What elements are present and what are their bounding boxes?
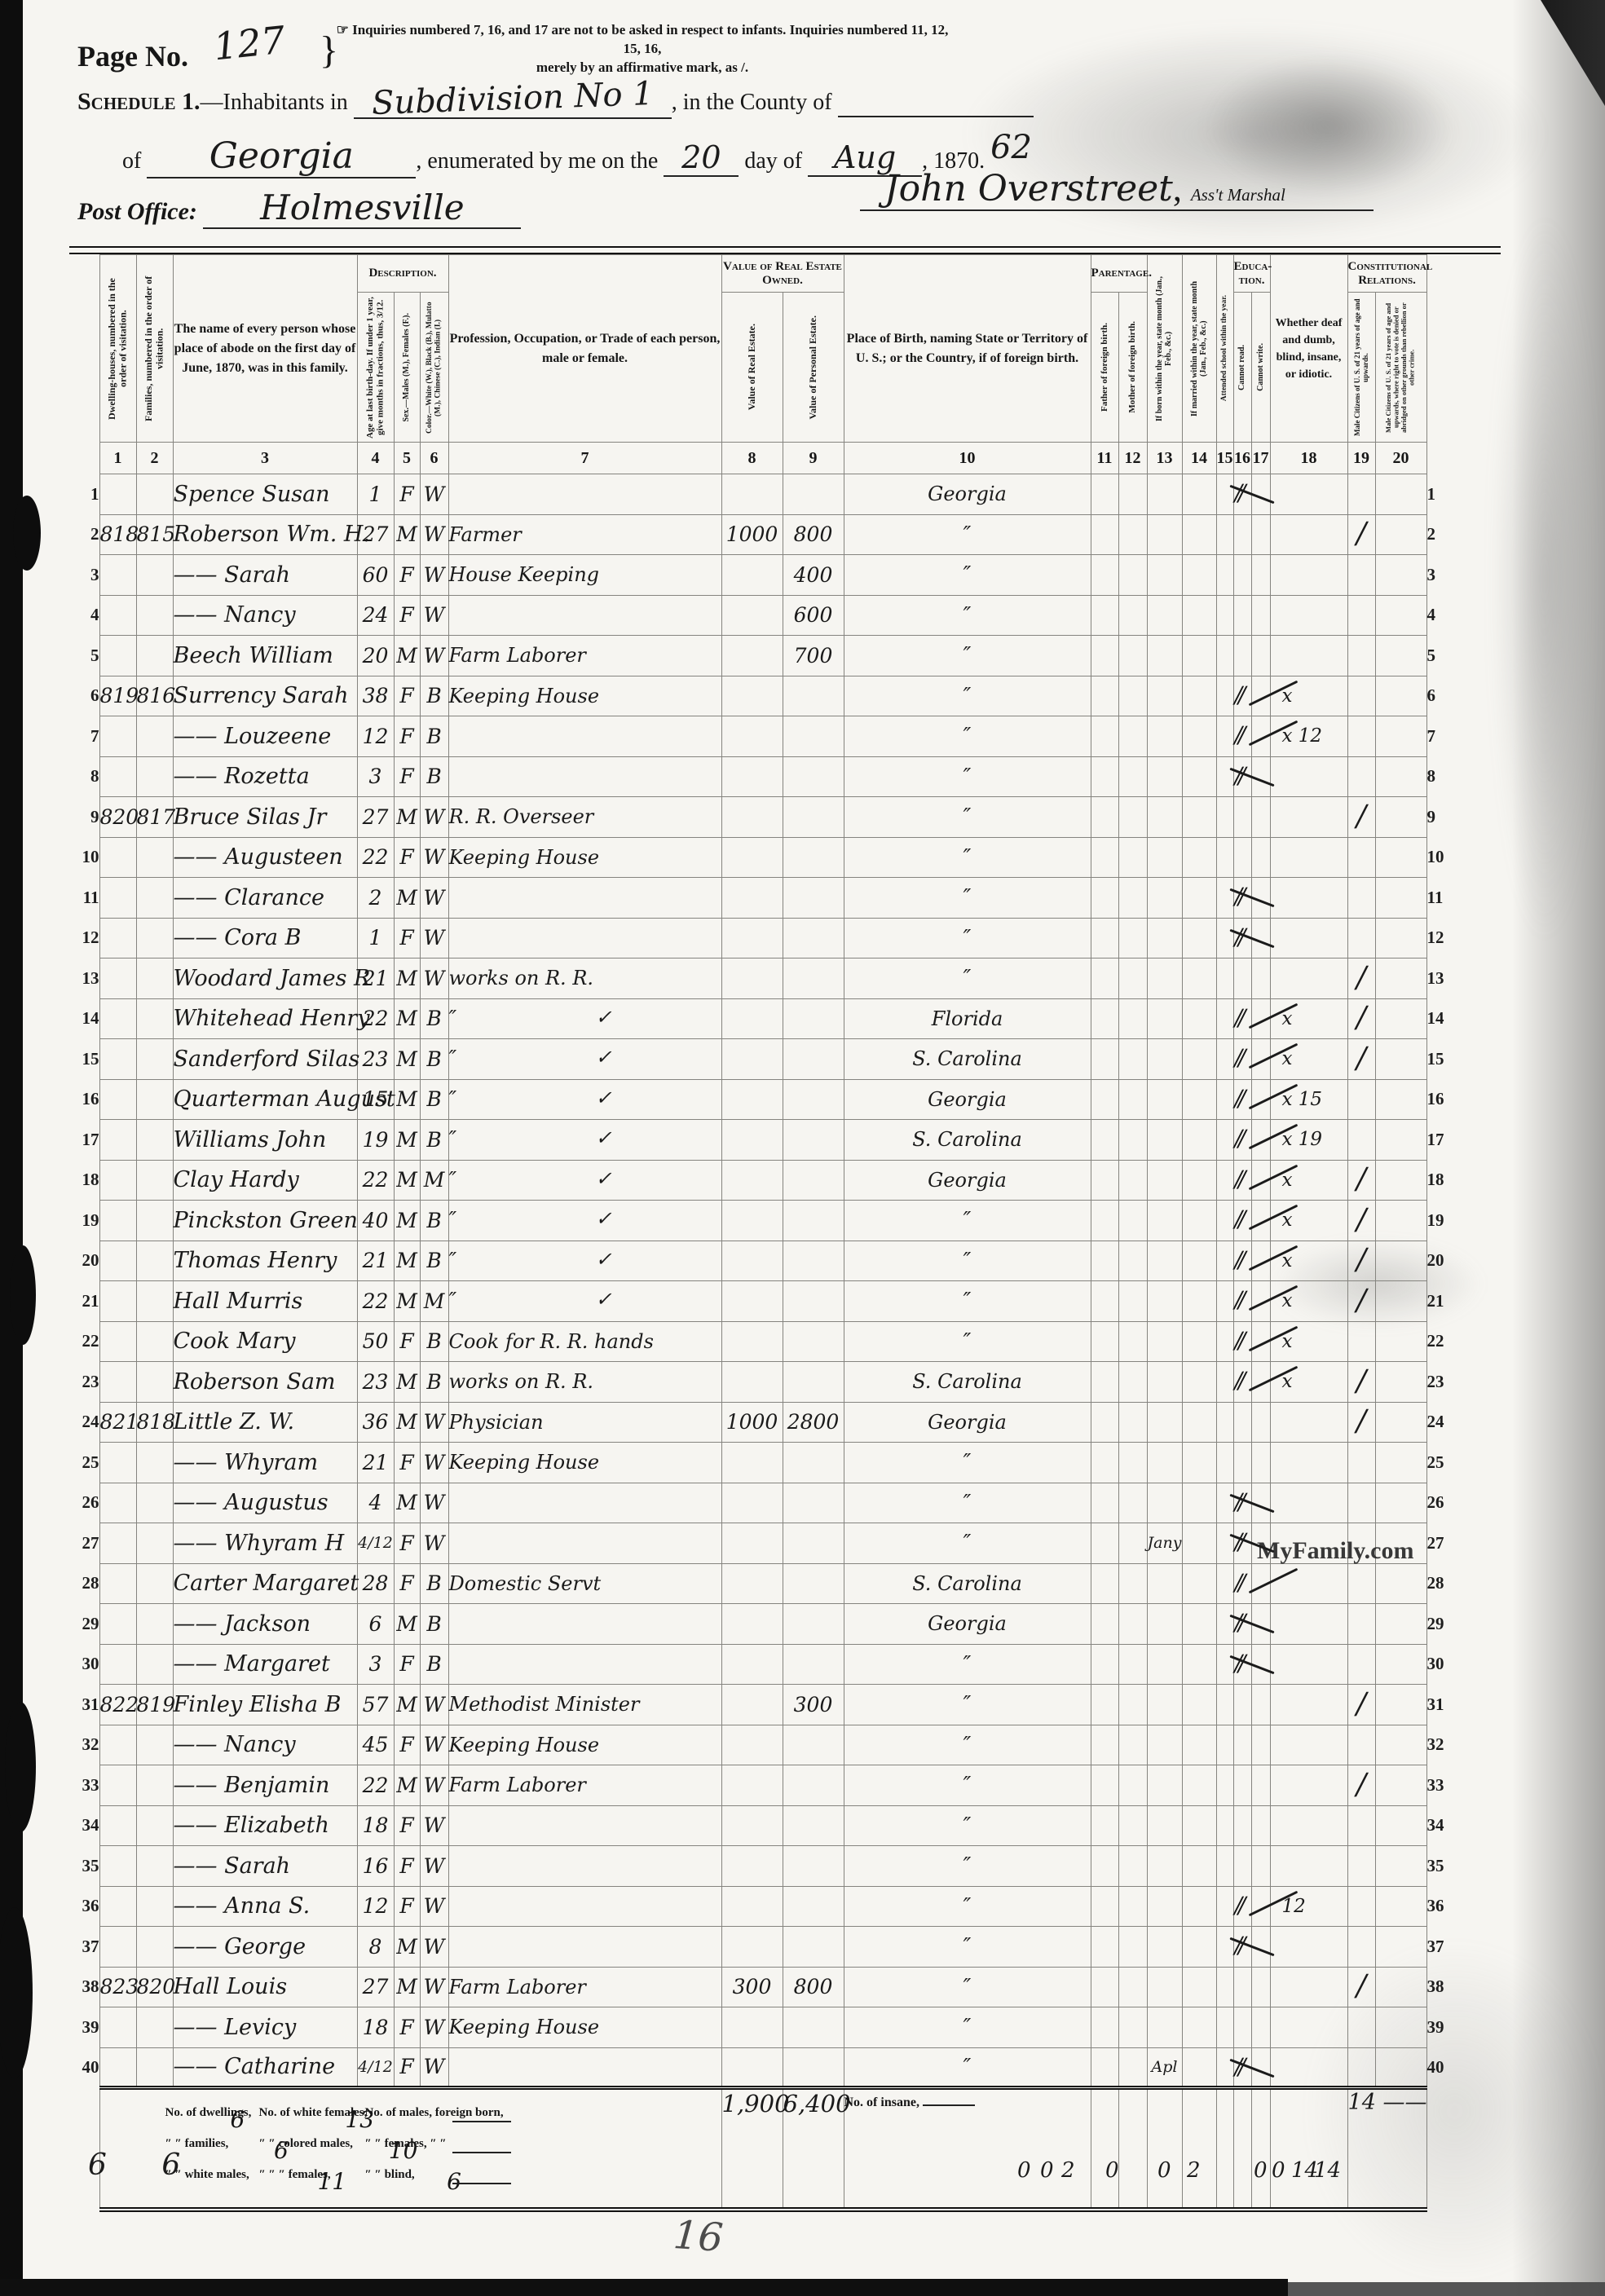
personal-estate-value-cell [783, 1765, 844, 1806]
footer-insane-cell: No. of insane, [844, 2088, 1091, 2210]
col-header-text-2: Families, numbered in the order of visit… [143, 275, 165, 422]
vote-denied-cell [1375, 514, 1426, 555]
occupation-text: Keeping House [449, 1734, 600, 1756]
row-number-right: 32 [1426, 1725, 1492, 1765]
decorative: W [424, 603, 445, 627]
male-citizen-cell [1347, 474, 1375, 515]
row-number-right: 15 [1426, 1039, 1492, 1080]
row-number-left: 29 [73, 1604, 99, 1645]
table-row: 30—— Margaret3FB″∕∕30 [73, 1644, 1492, 1685]
personal-estate-value-cell: 400 [783, 555, 844, 596]
married-month-cell [1182, 1967, 1216, 2007]
column-number-15: 15 [1216, 443, 1233, 474]
born-month-cell [1147, 636, 1182, 676]
row-number-right: 1 [1426, 474, 1492, 515]
decorative: W [424, 1894, 445, 1918]
male-citizen-cell: ∕ [1347, 1039, 1375, 1080]
table-row: 35—— Sarah16FW″35 [73, 1846, 1492, 1887]
table-row: 39—— Levicy18FWKeeping House″39 [73, 2007, 1492, 2048]
footer-label: ″ ″ blind, [365, 2168, 415, 2182]
father-foreign-cell [1091, 1241, 1118, 1281]
male-citizen-cell [1347, 878, 1375, 919]
male-citizen-cell: ∕ [1347, 1160, 1375, 1201]
age-cell: 22 [357, 837, 394, 878]
footer-label: ″ ″ ″ females, [259, 2168, 331, 2182]
decorative: F [399, 2016, 413, 2039]
male-citizen-cell: ∕ [1347, 797, 1375, 838]
color-cell: W [420, 878, 448, 919]
father-foreign-cell [1091, 514, 1118, 555]
header-row-groups: Dwelling-houses, numbered in the order o… [73, 255, 1492, 293]
column-number-10: 10 [844, 443, 1091, 474]
decorative: W [424, 1935, 445, 1959]
color-cell: W [420, 1805, 448, 1846]
table-row: 20Thomas Henry21MB″✓″∕∕x∕20 [73, 1241, 1492, 1281]
attended-school-cell [1216, 595, 1233, 636]
color-cell: W [420, 1685, 448, 1725]
col-header-4: Age at last birth-day. If under 1 year, … [357, 293, 394, 443]
mother-foreign-cell [1118, 514, 1147, 555]
cannot-read-cell: ∕∕ [1233, 1483, 1251, 1523]
age-cell: 20 [357, 636, 394, 676]
male-citizen-cell [1347, 636, 1375, 676]
cannot-read-cell: ∕∕ [1233, 716, 1251, 757]
person-name-cell: Little Z. W. [173, 1402, 357, 1443]
age-cell: 27 [357, 797, 394, 838]
col-header-10: Place of Birth, naming State or Territor… [844, 255, 1091, 443]
vote-denied-cell [1375, 1725, 1426, 1765]
personal-estate-value-cell [783, 1846, 844, 1887]
occupation-cell [448, 756, 721, 797]
decorative: M [396, 1491, 417, 1514]
attended-school-cell [1216, 1483, 1233, 1523]
person-name: Beech William [174, 643, 333, 668]
color-cell: B [420, 1079, 448, 1120]
real-estate-value-cell [721, 1725, 783, 1765]
color-cell: B [420, 1362, 448, 1403]
married-month-cell [1182, 998, 1216, 1039]
father-foreign-cell [1091, 1685, 1118, 1725]
row-number-right: 24 [1426, 1402, 1492, 1443]
decorative: S. Carolina [912, 1572, 1022, 1595]
col-header-text-16: Cannot read. [1237, 345, 1246, 390]
column-number-8: 8 [721, 443, 783, 474]
age-cell: 23 [357, 1039, 394, 1080]
decorative: ″ [963, 926, 972, 950]
column-number-11: 11 [1091, 443, 1118, 474]
attended-school-cell [1216, 1523, 1233, 1564]
birthplace-cell: ″ [844, 1241, 1091, 1281]
cannot-write-cell [1251, 1402, 1270, 1443]
male-citizen-cell [1347, 1321, 1375, 1362]
color-cell: W [420, 2007, 448, 2048]
vote-denied-cell [1375, 1805, 1426, 1846]
color-cell: W [420, 636, 448, 676]
row-number-left: 3 [73, 555, 99, 596]
married-month-cell [1182, 2047, 1216, 2088]
row-number-right: 18 [1426, 1160, 1492, 1201]
color-cell: W [420, 1443, 448, 1483]
decorative: 8 [369, 1935, 382, 1959]
cannot-read-cell [1233, 1402, 1251, 1443]
dwelling-number-cell [99, 474, 136, 515]
personal-estate-value-cell [783, 1563, 844, 1604]
male-citizen-cell [1347, 837, 1375, 878]
decorative: 38 [363, 684, 389, 707]
person-name: —— Anna S. [174, 1893, 311, 1919]
born-month-cell: Jany [1147, 1523, 1182, 1564]
row-number-left: 32 [73, 1725, 99, 1765]
person-name-cell: —— Jackson [173, 1604, 357, 1645]
decorative: F [399, 765, 413, 788]
real-estate-value-cell [721, 595, 783, 636]
deaf-dumb-cell [1270, 1483, 1347, 1523]
table-top-rule [69, 246, 1501, 254]
color-cell: W [420, 1846, 448, 1887]
sex-cell: M [394, 1685, 420, 1725]
decorative: M [396, 1007, 417, 1030]
cannot-read-cell [1233, 1765, 1251, 1806]
person-name-cell: —— Margaret [173, 1644, 357, 1685]
col-header-12: Mother of foreign birth. [1118, 293, 1147, 443]
age-cell: 8 [357, 1927, 394, 1968]
cannot-write-cell [1251, 636, 1270, 676]
decorative: M [396, 1975, 417, 1999]
occupation-cell: R. R. Overseer [448, 797, 721, 838]
cannot-write-cell [1251, 1846, 1270, 1887]
col-header-text-8: Value of Real Estate. [747, 324, 757, 410]
vote-denied-cell [1375, 1927, 1426, 1968]
signature-title: Ass't Marshal [1191, 185, 1285, 205]
vote-denied-cell [1375, 1241, 1426, 1281]
decorative: 23 [363, 1047, 389, 1071]
father-foreign-cell [1091, 1927, 1118, 1968]
born-month-cell [1147, 1805, 1182, 1846]
occupation-cell: ″✓ [448, 1241, 721, 1281]
occupation-cell: works on R. R. [448, 1362, 721, 1403]
cannot-read-cell: ∕∕ [1233, 1160, 1251, 1201]
mother-foreign-cell [1118, 1321, 1147, 1362]
decorative: 1 [369, 926, 382, 950]
born-month-cell: Apl [1147, 2047, 1182, 2088]
cannot-write-cell [1251, 595, 1270, 636]
born-month-cell [1147, 1120, 1182, 1161]
person-name-cell: Thomas Henry [173, 1241, 357, 1281]
occupation-cell [448, 918, 721, 959]
watermark: MyFamily.com [1257, 1537, 1413, 1565]
male-citizen-cell: ∕ [1347, 1967, 1375, 2007]
dwelling-number-cell [99, 595, 136, 636]
born-month-cell [1147, 1039, 1182, 1080]
family-number-cell [136, 1604, 173, 1645]
sex-cell: M [394, 1079, 420, 1120]
deaf-dumb-cell [1270, 878, 1347, 919]
personal-estate-value-cell [783, 959, 844, 999]
family-number-cell [136, 1039, 173, 1080]
deaf-dumb-cell [1270, 514, 1347, 555]
decorative: 4/12 [358, 1534, 393, 1552]
mother-foreign-cell [1118, 1483, 1147, 1523]
table-row: 14Whitehead Henry22MB″✓Florida∕∕x∕14 [73, 998, 1492, 1039]
table-row: 31822819Finley Elisha B57MWMethodist Min… [73, 1685, 1492, 1725]
person-name: Sanderford Silas [174, 1047, 360, 1072]
sex-cell: F [394, 1725, 420, 1765]
decorative: Georgia [928, 1612, 1007, 1635]
attended-school-cell [1216, 716, 1233, 757]
row-number-left: 20 [73, 1241, 99, 1281]
male-citizen-cell: ∕ [1347, 1201, 1375, 1241]
footer-blank [452, 2168, 511, 2188]
occupation-text: ″ [449, 1208, 457, 1232]
birthplace-cell: ″ [844, 878, 1091, 919]
father-foreign-cell [1091, 1321, 1118, 1362]
father-foreign-cell [1091, 1846, 1118, 1887]
birthplace-cell: ″ [844, 1685, 1091, 1725]
table-row: 5Beech William20MWFarm Laborer700″5 [73, 636, 1492, 676]
father-foreign-cell [1091, 878, 1118, 919]
row-number-right: 35 [1426, 1846, 1492, 1887]
table-row: 9820817Bruce Silas Jr27MWR. R. Overseer″… [73, 797, 1492, 838]
county-label: , in the County of [672, 90, 832, 115]
decorative: W [424, 644, 445, 668]
color-cell: W [420, 1725, 448, 1765]
occupation-check-mark: ✓ [596, 1086, 612, 1109]
color-cell: B [420, 1604, 448, 1645]
person-name: Hall Murris [174, 1289, 303, 1314]
decorative: 3 [369, 1652, 382, 1676]
col-header-text-13: If born within the year, state month (Ja… [1155, 275, 1173, 422]
binding-blob [5, 1702, 36, 1832]
family-number-cell [136, 1079, 173, 1120]
person-name-cell: Clay Hardy [173, 1160, 357, 1201]
occupation-cell: Farm Laborer [448, 1765, 721, 1806]
footer-column-total: 0 [1254, 2158, 1268, 2183]
person-name: Hall Louis [174, 1974, 288, 1999]
birthplace-cell: Florida [844, 998, 1091, 1039]
decorative: W [424, 563, 445, 587]
family-number-cell [136, 1523, 173, 1564]
col-header-text-14: If married within the year, state month … [1190, 275, 1208, 422]
cannot-read-cell: ∕∕ [1233, 676, 1251, 716]
read-write-mark: ∕∕ [1235, 1246, 1242, 1273]
personal-estate-value-cell [783, 1483, 844, 1523]
mother-foreign-cell [1118, 1725, 1147, 1765]
occupation-cell: ″✓ [448, 1039, 721, 1080]
decorative: M [396, 1289, 417, 1313]
cannot-read-cell: ∕∕ [1233, 1927, 1251, 1968]
dwelling-number-cell: 822 [99, 1685, 136, 1725]
person-name: —— Louzeene [174, 724, 332, 749]
group-header-constitutional: Constitutional Relations. [1347, 255, 1426, 293]
occupation-text: ″ [449, 1289, 457, 1313]
personal-estate-value-cell [783, 1362, 844, 1403]
row-number-right: 14 [1426, 998, 1492, 1039]
col-header-8: Value of Real Estate. [721, 293, 783, 443]
footer-real-estate-total: 1,900 [721, 2088, 783, 2210]
decorative: ∕ [1356, 1162, 1366, 1196]
sex-cell: M [394, 1927, 420, 1968]
mother-foreign-cell [1118, 1846, 1147, 1887]
occupation-text: Farm Laborer [449, 1976, 586, 1999]
read-write-mark: ∕∕ [1235, 1286, 1242, 1313]
deaf-dumb-cell [1270, 756, 1347, 797]
real-estate-value-cell [721, 756, 783, 797]
family-number-cell [136, 1483, 173, 1523]
occupation-text: Farmer [449, 523, 522, 546]
color-cell: W [420, 959, 448, 999]
decorative: 22 [363, 1774, 389, 1797]
person-name-cell: Carter Margaret [173, 1563, 357, 1604]
age-cell: 3 [357, 1644, 394, 1685]
decorative: W [424, 1410, 445, 1434]
family-number-cell [136, 1201, 173, 1241]
decorative: 18 [363, 2016, 389, 2039]
male-citizen-cell: ∕ [1347, 959, 1375, 999]
attended-school-cell [1216, 1281, 1233, 1322]
row-number-left: 37 [73, 1927, 99, 1968]
real-estate-value-cell: 1000 [721, 514, 783, 555]
decorative: Georgia [928, 483, 1007, 505]
person-name: —— Cora B [174, 925, 302, 950]
read-write-mark: ∕∕ [1235, 1569, 1242, 1596]
personal-estate-value-cell [783, 1805, 844, 1846]
person-name: Carter Margaret [174, 1571, 359, 1596]
father-foreign-cell [1091, 1079, 1118, 1120]
read-write-mark: ∕∕ [1235, 883, 1242, 910]
row-number-right: 34 [1426, 1805, 1492, 1846]
occupation-cell [448, 1886, 721, 1927]
dwelling-number-cell [99, 1563, 136, 1604]
male-citizen-cell [1347, 1927, 1375, 1968]
pencil-note: 16 [672, 2212, 725, 2261]
birthplace-cell: ″ [844, 555, 1091, 596]
decorative: W [424, 886, 445, 910]
decorative: ∕ [1356, 1042, 1366, 1075]
family-number-cell [136, 1281, 173, 1322]
cannot-read-cell [1233, 959, 1251, 999]
occupation-cell: Domestic Servt [448, 1563, 721, 1604]
cannot-write-cell [1251, 959, 1270, 999]
read-write-mark: ∕∕ [1235, 1892, 1242, 1919]
decorative: ″ [963, 845, 972, 870]
attended-school-cell [1216, 1685, 1233, 1725]
person-name: Little Z. W. [174, 1409, 295, 1434]
deaf-dumb-cell [1270, 1846, 1347, 1887]
attended-school-cell [1216, 1765, 1233, 1806]
family-number-cell [136, 878, 173, 919]
row-number-right: 21 [1426, 1281, 1492, 1322]
family-number-cell: 820 [136, 1967, 173, 2007]
dwelling-number-cell [99, 1846, 136, 1887]
column-number-18: 18 [1270, 443, 1347, 474]
row-number-right: 11 [1426, 878, 1492, 919]
real-estate-value-cell [721, 676, 783, 716]
row-number-right: 4 [1426, 595, 1492, 636]
table-head: Dwelling-houses, numbered in the order o… [73, 255, 1492, 474]
footer-label: ″ ″ females, ″ ″ [365, 2137, 447, 2151]
row-number-right: 36 [1426, 1886, 1492, 1927]
vote-denied-cell [1375, 2047, 1426, 2088]
person-name-cell: —— George [173, 1927, 357, 1968]
col-header-text-15: Attended school within the year. [1220, 295, 1229, 401]
occupation-cell [448, 2047, 721, 2088]
decorative: ″ [963, 1491, 972, 1515]
real-estate-value-cell [721, 1685, 783, 1725]
vote-denied-cell [1375, 1321, 1426, 1362]
male-citizen-cell [1347, 595, 1375, 636]
decorative: ∕ [1356, 1687, 1366, 1721]
row-number-left: 18 [73, 1160, 99, 1201]
row-number-right: 22 [1426, 1321, 1492, 1362]
mother-foreign-cell [1118, 716, 1147, 757]
father-foreign-cell [1091, 555, 1118, 596]
decorative: 815 [137, 522, 176, 546]
decorative: W [424, 967, 445, 990]
person-name-cell: —— Whyram H [173, 1523, 357, 1564]
family-number-cell [136, 837, 173, 878]
born-month-cell [1147, 959, 1182, 999]
real-estate-value-cell [721, 837, 783, 878]
age-cell: 19 [357, 1120, 394, 1161]
father-foreign-cell [1091, 2007, 1118, 2048]
footer-mark-cell [1147, 2088, 1182, 2210]
decorative: B [426, 1087, 441, 1111]
family-number-cell [136, 1846, 173, 1887]
table-row: 1Spence Susan1FWGeorgia∕∕1 [73, 474, 1492, 515]
age-cell: 22 [357, 1765, 394, 1806]
age-cell: 28 [357, 1563, 394, 1604]
decorative: 818 [100, 522, 139, 546]
occupation-cell [448, 474, 721, 515]
decorative: 22 [363, 1007, 389, 1030]
family-number-cell [136, 1321, 173, 1362]
vote-denied-cell [1375, 1120, 1426, 1161]
birthplace-cell: ″ [844, 1644, 1091, 1685]
born-month-cell [1147, 1079, 1182, 1120]
sex-cell: F [394, 676, 420, 716]
real-estate-value-cell [721, 1886, 783, 1927]
col-header-6: Color.—White (W.), Black (B.), Mulatto (… [420, 293, 448, 443]
color-cell: B [420, 1563, 448, 1604]
attended-school-cell [1216, 1725, 1233, 1765]
note-line2: merely by an affirmative mark, as /. [536, 59, 748, 75]
footer-mark-cell [1270, 2088, 1347, 2210]
row-number-right: 8 [1426, 756, 1492, 797]
decorative: ″ [963, 1208, 972, 1232]
table-row: 11—— Clarance2MW″∕∕11 [73, 878, 1492, 919]
footer-mark-cell [1233, 2088, 1251, 2210]
person-name: Cook Mary [174, 1329, 296, 1354]
row-number-left: 26 [73, 1483, 99, 1523]
born-month-cell [1147, 1201, 1182, 1241]
person-name-cell: Pinckston Green [173, 1201, 357, 1241]
page-no-label: Page No. [77, 39, 188, 73]
attended-school-cell [1216, 1120, 1233, 1161]
row-number-right: 29 [1426, 1604, 1492, 1645]
decorative: 600 [794, 603, 833, 627]
cannot-read-cell [1233, 1443, 1251, 1483]
person-name: Whitehead Henry [174, 1006, 370, 1031]
dwelling-number-cell: 820 [99, 797, 136, 838]
decorative: ″ [963, 724, 972, 748]
family-number-cell [136, 1160, 173, 1201]
decorative: M [396, 522, 417, 546]
birthplace-cell: ″ [844, 1483, 1091, 1523]
column-number-7: 7 [448, 443, 721, 474]
male-citizen-cell: ∕ [1347, 1402, 1375, 1443]
mother-foreign-cell [1118, 1927, 1147, 1968]
decorative: ″ [963, 1652, 972, 1677]
